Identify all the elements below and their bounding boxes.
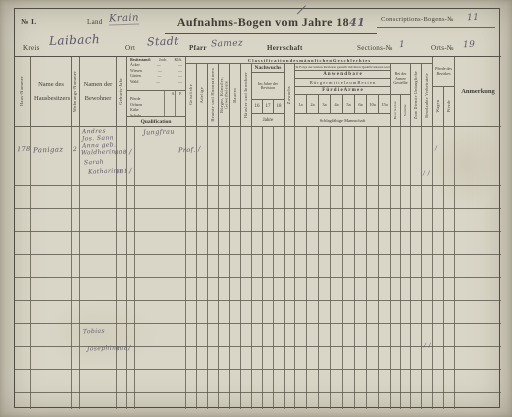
class-col-label: Häusler und Inwohner xyxy=(244,72,249,118)
armee-cell: 10a xyxy=(369,102,376,107)
column-header-dwelling-number: Wohnungs-Nummer xyxy=(72,57,80,127)
body-column xyxy=(355,126,367,409)
body-column xyxy=(263,126,274,409)
gestellte-title: Bei der Armee Gestellte xyxy=(392,72,409,85)
class-col-label: Geistliche xyxy=(189,84,194,105)
armee-cell-4a: 4a xyxy=(331,95,343,114)
body-column xyxy=(343,126,355,409)
dash: — xyxy=(157,74,161,78)
gestellte-box: Bei der Armee Gestellte xyxy=(391,64,411,95)
entry-tally-mark: ∕ ∕ xyxy=(423,170,430,177)
paper-stain xyxy=(430,120,500,210)
class-col-label: Bürger, Künstler, Gewerbsleute xyxy=(220,64,229,126)
class-col-geistliche: Geistliche xyxy=(186,64,197,127)
armee-line3-text: B ü r g e r m i t t e l z u m B e s t e … xyxy=(310,80,376,85)
armee-cell-5a: 5a xyxy=(343,95,355,114)
pferde-col-wagen: Wagen xyxy=(433,87,444,127)
armee-line3: B ü r g e r m i t t e l z u m B e s t e … xyxy=(295,79,391,87)
zuwachs-column: Zuwachs xyxy=(285,64,295,127)
nachwuchs-age-17: 17 xyxy=(263,100,274,114)
entry-inhabitant: Sarah xyxy=(84,159,104,167)
armee-cell-6a: 6a xyxy=(355,95,367,114)
class-col-adelige: Adelige xyxy=(197,64,208,127)
pferde-col-pferde: Pferde xyxy=(444,87,455,127)
land-label: Land xyxy=(87,18,103,26)
armee-cell: 4a xyxy=(334,102,338,107)
gestellte-col-label: Summe xyxy=(404,104,408,116)
inhabitants-label: Namen der Bewohner xyxy=(82,78,114,105)
armee-line4: F ü r d i e A r m e e xyxy=(295,87,391,95)
body-column xyxy=(295,126,307,409)
dash: — xyxy=(178,74,182,78)
owner-label: Name des Hausbesitzers xyxy=(34,78,68,105)
extra-col-label: Zum Dienste Untaugliche xyxy=(414,71,418,119)
col-untaugliche: Zum Dienste Untaugliche xyxy=(411,64,422,127)
column-header-remark: Anmerkung xyxy=(455,57,501,127)
sections-number-label: Sections-№ xyxy=(357,44,393,52)
pferde-title: Pferde des Bezirkes xyxy=(435,67,453,76)
conscription-number-label: Conscriptions-Bogens-№ xyxy=(381,16,454,23)
entry-qualification: Prof. xyxy=(178,146,196,155)
column-header-inhabitants: Namen der Bewohner xyxy=(80,57,117,127)
body-column xyxy=(274,126,285,409)
body-column xyxy=(319,126,331,409)
body-column xyxy=(186,126,197,409)
class-col-label: Bauern xyxy=(233,88,238,103)
dash: — xyxy=(178,80,182,84)
body-column xyxy=(241,126,252,409)
body-column xyxy=(307,126,319,409)
body-column xyxy=(285,126,295,409)
gestellte-col-label: Beurlaubte xyxy=(394,101,398,119)
pferde-col-label: Pferde xyxy=(447,100,451,112)
body-column xyxy=(230,126,241,409)
nachwuchs-sub: Im Jahre der Revision xyxy=(252,73,285,100)
property-box: Besitzstand:JochKlft. Äcker—— Wiesen—— G… xyxy=(127,57,186,91)
land-value: Krain xyxy=(109,12,139,25)
property-row-gaerten: Gärten xyxy=(130,74,141,78)
entry-house-number: 178 xyxy=(17,145,31,153)
orts-number-label: Orts-№ xyxy=(431,44,454,52)
kreis-label: Kreis xyxy=(23,44,40,52)
body-column xyxy=(31,126,72,409)
armee-cell-1a: 1a xyxy=(295,95,307,114)
age-cell: 18 xyxy=(277,104,282,109)
livestock-divider xyxy=(164,91,165,117)
column-header-house-number: Haus-Nummer xyxy=(15,57,31,127)
classification-title: C l a s s i f i c a t i o n d e s m ä n … xyxy=(186,57,433,64)
column-header-birth-year: Geburts-Jahr xyxy=(117,57,127,127)
body-column xyxy=(411,126,422,409)
pferde-col-label: Wagen xyxy=(436,100,440,113)
entry-tally-mark: ∕ xyxy=(198,145,201,153)
ort-label: Ort xyxy=(125,44,135,52)
nachwuchs-age-18: 18 xyxy=(274,100,285,114)
entry-birth-year: 808 xyxy=(115,150,127,156)
livestock-col-f: F. xyxy=(179,92,182,96)
pfarr-value: Samez xyxy=(211,38,243,49)
class-col-buerger: Bürger, Künstler, Gewerbsleute xyxy=(219,64,230,127)
class-col-label: Beamte und Honoratioren xyxy=(211,68,216,122)
orts-number-value: 19 xyxy=(463,40,476,50)
zuwachs-label: Zuwachs xyxy=(287,86,292,104)
armee-cell: 15a xyxy=(381,102,388,107)
classification-title-text: C l a s s i f i c a t i o n d e s m ä n … xyxy=(248,58,370,63)
ort-value: Stadt xyxy=(147,34,179,48)
armee-cell: 1a xyxy=(298,102,302,107)
pferde-box: Pferde des Bezirkes xyxy=(433,57,455,87)
property-row-wald: Wald xyxy=(130,80,138,84)
nachwuchs-title: Nachwuchs xyxy=(252,64,285,73)
qualification-label: Qualification xyxy=(141,119,172,125)
conscription-underline xyxy=(377,27,495,28)
paper-stain xyxy=(40,300,160,370)
nachwuchs-sub-text: Im Jahre der Revision xyxy=(254,82,282,91)
entry-qualification: Jungfrau xyxy=(143,127,175,136)
class-col-beamte: Beamte und Honoratioren xyxy=(208,64,219,127)
nachwuchs-age-16: 16 xyxy=(252,100,263,114)
armee-cell: 5a xyxy=(346,102,350,107)
column-header-owner: Name des Hausbesitzers xyxy=(31,57,72,127)
body-column xyxy=(379,126,391,409)
table-header: Haus-Nummer Name des Hausbesitzers Wohnu… xyxy=(15,56,501,126)
armee-cell-10a: 10a xyxy=(367,95,379,114)
entry-birth-year: 181 xyxy=(116,169,128,175)
form-title: Aufnahms-Bogen vom Jahre 1841 xyxy=(165,15,377,34)
entry-tally-mark: ∕ ∕ xyxy=(424,342,431,349)
herrschaft-label: Herrschaft xyxy=(267,44,303,52)
armee-footer-text: Schlagfähige Mannschaft xyxy=(320,118,366,123)
remark-label: Anmerkung xyxy=(461,88,495,95)
kreis-value: Laibach xyxy=(49,32,101,48)
armee-cell: 6a xyxy=(358,102,362,107)
house-number-label: Haus-Nummer xyxy=(20,76,25,106)
conscription-number-value: 11 xyxy=(467,13,480,23)
class-col-haeusler: Häusler und Inwohner xyxy=(241,64,252,127)
entry-inhabitant: Waldherin xyxy=(81,148,116,156)
armee-cell-2a: 2a xyxy=(307,95,319,114)
body-column xyxy=(331,126,343,409)
form-number: № I. xyxy=(21,17,36,26)
livestock-row-kuehe: Kühe xyxy=(130,108,139,112)
title-year-handwritten: 41 xyxy=(349,16,365,29)
armee-line1-text: In Folge der letzten Revision gestellt m… xyxy=(296,65,390,69)
armee-line2-text: A n w e n d b a r e xyxy=(323,72,361,77)
livestock-box: S.F. Pferde Ochsen Kühe Schafe xyxy=(127,91,186,117)
entry-tally-mark: ∕ xyxy=(129,148,132,156)
form-title-text: Aufnahms-Bogen vom Jahre 18 xyxy=(177,15,349,29)
class-col-bauern: Bauern xyxy=(230,64,241,127)
age-cell: 16 xyxy=(255,104,260,109)
livestock-divider xyxy=(175,91,176,117)
body-column xyxy=(197,126,208,409)
body-column xyxy=(208,126,219,409)
nachwuchs-footer-text: Jahre xyxy=(263,118,274,123)
entry-tally-mark: ∕ xyxy=(129,167,132,175)
body-column xyxy=(15,126,31,409)
gestellte-col-beurlaubte: Beurlaubte xyxy=(391,95,401,127)
body-column xyxy=(401,126,411,409)
armee-cell-15a: 15a xyxy=(379,95,391,114)
entry-owner-name: Panigaz xyxy=(33,145,64,154)
extra-col-label: Beurlaubte Verheiratete xyxy=(425,73,429,118)
armee-cell-3a: 3a xyxy=(319,95,331,114)
gestellte-col-summe: Summe xyxy=(401,95,411,127)
nachwuchs-title-text: Nachwuchs xyxy=(255,65,282,71)
birth-year-label: Geburts-Jahr xyxy=(119,78,124,105)
armee-cell: 3a xyxy=(322,102,326,107)
scanned-conscription-form: № I. Land Krain Aufnahms-Bogen vom Jahre… xyxy=(0,0,512,417)
body-column xyxy=(252,126,263,409)
class-col-label: Adelige xyxy=(200,87,205,103)
col-beurlaubte: Beurlaubte Verheiratete xyxy=(422,64,433,127)
dwelling-number-label: Wohnungs-Nummer xyxy=(73,71,78,112)
body-column xyxy=(219,126,230,409)
body-column xyxy=(391,126,401,409)
body-column xyxy=(135,126,186,409)
sections-number-value: 1 xyxy=(399,40,405,50)
armee-line4-text: F ü r d i e A r m e e xyxy=(322,88,362,93)
armee-cell: 2a xyxy=(310,102,314,107)
armee-line2: A n w e n d b a r e xyxy=(295,71,391,79)
armee-line1: In Folge der letzten Revision gestellt m… xyxy=(295,64,391,71)
age-cell: 17 xyxy=(266,104,271,109)
entry-dwelling-number: 2 xyxy=(73,146,77,153)
body-column xyxy=(367,126,379,409)
pfarr-label: Pfarr xyxy=(189,44,207,52)
dash: — xyxy=(156,80,160,84)
